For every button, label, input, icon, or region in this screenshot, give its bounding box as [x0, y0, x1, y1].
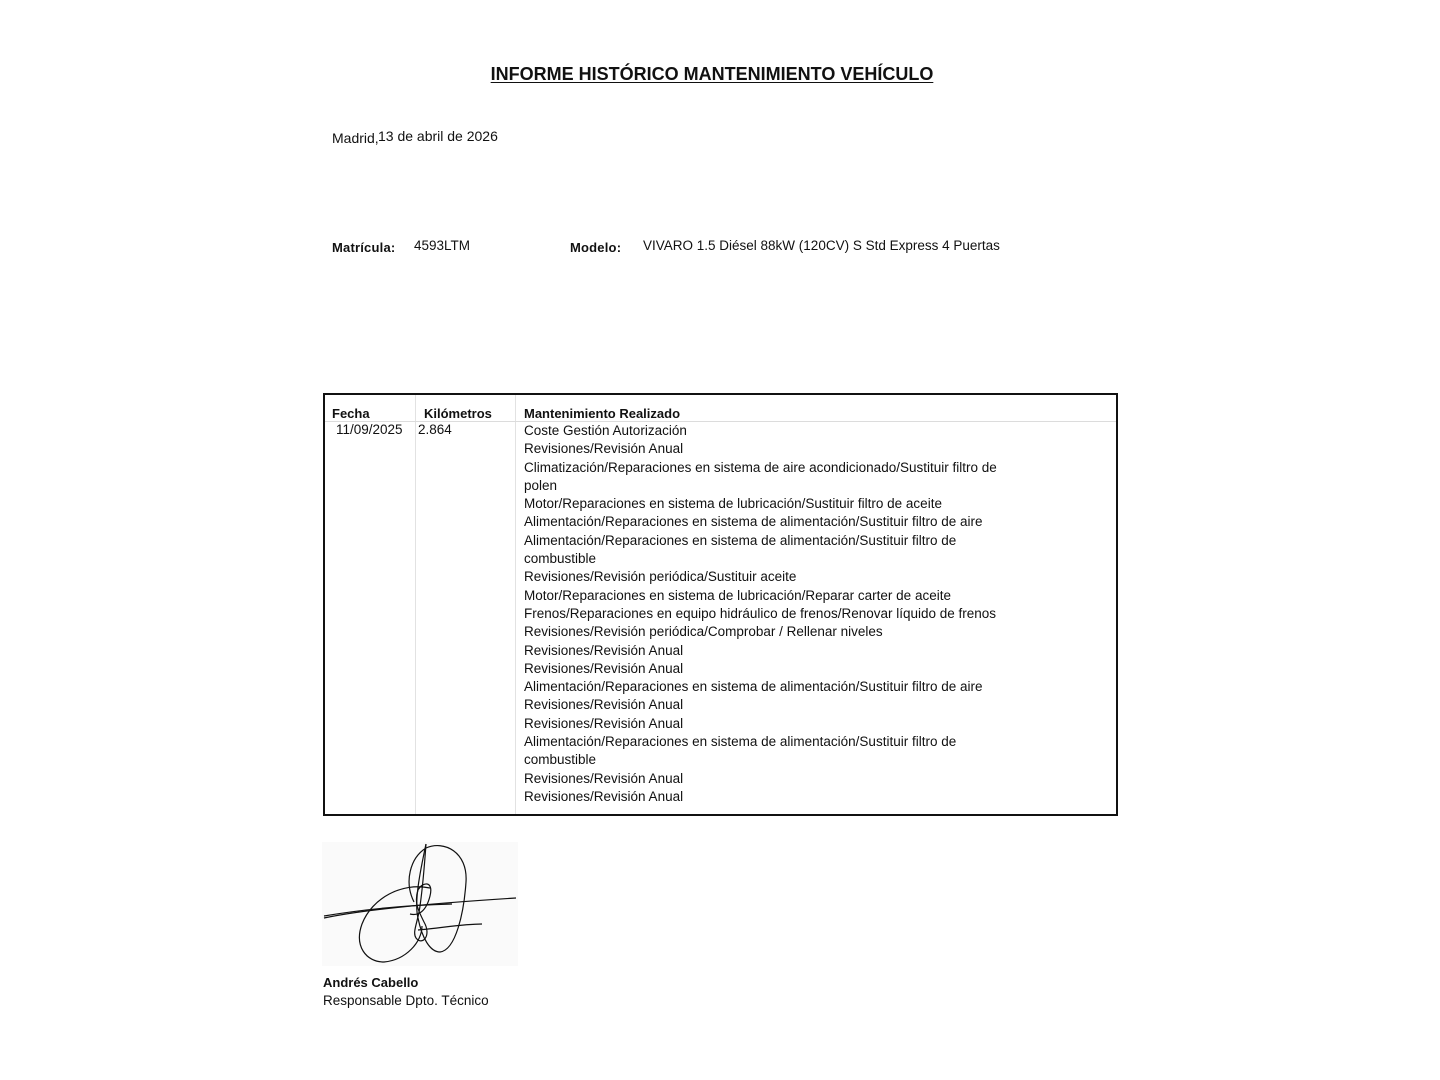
row-km: 2.864 [418, 422, 452, 437]
maintenance-item: Alimentación/Reparaciones en sistema de … [524, 678, 1024, 696]
signature-image [322, 842, 518, 966]
header-date: Fecha [332, 406, 370, 421]
row-date: 11/09/2025 [336, 422, 403, 437]
maintenance-item: Motor/Reparaciones en sistema de lubrica… [524, 495, 1024, 513]
maintenance-item: Revisiones/Revisión Anual [524, 770, 1024, 788]
page-title: INFORME HISTÓRICO MANTENIMIENTO VEHÍCULO [0, 64, 1424, 85]
maintenance-table: Fecha Kilómetros Mantenimiento Realizado… [323, 393, 1118, 816]
maintenance-item: Revisiones/Revisión Anual [524, 715, 1024, 733]
plate-value: 4593LTM [414, 238, 470, 253]
plate-label: Matrícula: [332, 240, 395, 255]
model-label: Modelo: [570, 240, 621, 255]
model-value: VIVARO 1.5 Diésel 88kW (120CV) S Std Exp… [643, 238, 1000, 253]
maintenance-item: Revisiones/Revisión Anual [524, 660, 1024, 678]
signature-scribble-icon [322, 842, 518, 966]
maintenance-item: Motor/Reparaciones en sistema de lubrica… [524, 587, 1024, 605]
maintenance-item: Coste Gestión Autorización [524, 422, 1024, 440]
maintenance-item: Revisiones/Revisión periódica/Comprobar … [524, 623, 1024, 641]
maintenance-item: Revisiones/Revisión Anual [524, 440, 1024, 458]
maintenance-item: Climatización/Reparaciones en sistema de… [524, 459, 1024, 496]
header-maintenance: Mantenimiento Realizado [524, 406, 680, 421]
header-km: Kilómetros [424, 406, 492, 421]
maintenance-list: Coste Gestión AutorizaciónRevisiones/Rev… [524, 422, 1024, 806]
column-divider [515, 395, 516, 814]
maintenance-item: Revisiones/Revisión Anual [524, 696, 1024, 714]
maintenance-item: Frenos/Reparaciones en equipo hidráulico… [524, 605, 1024, 623]
maintenance-item: Revisiones/Revisión periódica/Sustituir … [524, 568, 1024, 586]
maintenance-item: Alimentación/Reparaciones en sistema de … [524, 513, 1024, 531]
place: Madrid, [332, 130, 379, 146]
maintenance-item: Alimentación/Reparaciones en sistema de … [524, 532, 1024, 569]
maintenance-item: Revisiones/Revisión Anual [524, 642, 1024, 660]
signer-name: Andrés Cabello [323, 975, 418, 990]
maintenance-item: Alimentación/Reparaciones en sistema de … [524, 733, 1024, 770]
column-divider [415, 395, 416, 814]
maintenance-item: Revisiones/Revisión Anual [524, 788, 1024, 806]
report-date: 13 de abril de 2026 [378, 128, 498, 144]
signer-role: Responsable Dpto. Técnico [323, 993, 489, 1008]
